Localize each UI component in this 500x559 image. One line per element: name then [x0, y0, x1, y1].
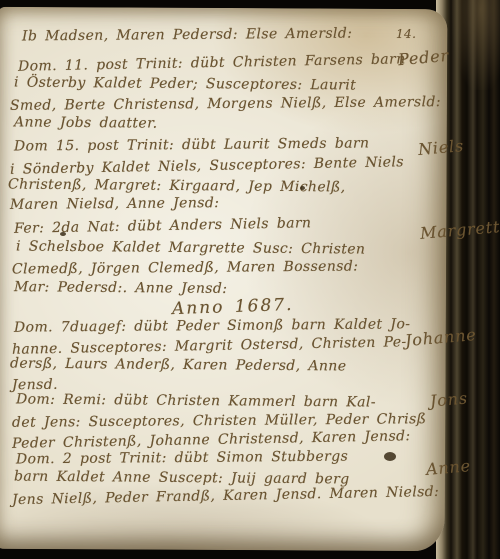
- manuscript-line: barn Kaldet Anne Suscept: Juij gaard ber…: [14, 469, 350, 488]
- manuscript-line: Dom 15. post Trinit: dübt Laurit Smeds b…: [14, 135, 370, 154]
- page-number: 14.: [396, 27, 416, 41]
- manuscript-line: hanne. Susceptores: Margrit Ostersd, Chr…: [12, 334, 407, 358]
- manuscript-line: i Österby Kaldet Peder; Susceptores: Lau…: [14, 75, 356, 94]
- margin-name: Niels: [417, 136, 464, 159]
- margin-name: Jons: [429, 388, 468, 410]
- margin-name: Peder: [397, 46, 449, 69]
- manuscript-line: Dom. 2 post Trinit: dübt Simon Stubbergs: [16, 449, 348, 468]
- margin-name: Margrette: [419, 216, 500, 243]
- ink-blot: [300, 186, 305, 190]
- manuscript-line: Christenß, Margret: Kirgaard, Jep Michel…: [8, 177, 346, 196]
- ink-blot: [384, 452, 396, 461]
- manuscript-photo: Ib Madsen, Maren Pedersd: Else Amersld: …: [0, 0, 500, 559]
- header-line: Ib Madsen, Maren Pedersd: Else Amersld:: [22, 26, 352, 45]
- margin-name: Johanne: [404, 325, 477, 350]
- manuscript-line: Anne Jobs daatter.: [14, 114, 158, 131]
- margin-name: Anne: [425, 456, 471, 479]
- manuscript-line: Clemedß, Jörgen Clemedß, Maren Bossensd:: [12, 258, 358, 277]
- ink-blot: [60, 232, 66, 236]
- manuscript-line: Dom. 11. post Trinit: dübt Christen Fars…: [18, 51, 406, 74]
- manuscript-line: Smed, Berte Christensd, Morgens Nielß, E…: [10, 94, 441, 114]
- manuscript-line: det Jens: Susceptores, Christen Müller, …: [12, 411, 427, 431]
- manuscript-line: Fer: 2da Nat: dübt Anders Niels barn: [14, 215, 312, 237]
- manuscript-line: Maren Nielsd, Anne Jensd:: [10, 195, 219, 213]
- manuscript-line: Dom. 7duagef: dübt Peder Simonß barn Kal…: [14, 316, 411, 335]
- manuscript-line: Peder Christenß, Johanne Christensd, Kar…: [12, 428, 411, 452]
- manuscript-line: i Schelsboe Kaldet Margrette Susc: Chris…: [16, 238, 366, 257]
- manuscript-line: dersß, Laurs Anderß, Karen Pedersd, Anne: [10, 356, 347, 375]
- manuscript-line: i Sönderby Kaldet Niels, Susceptores: Be…: [10, 154, 404, 178]
- manuscript-line: Mar: Pedersd:. Anne Jensd:: [14, 279, 228, 297]
- manuscript-line: Dom: Remi: dübt Christen Kammerl barn Ka…: [16, 391, 376, 410]
- year-heading: Anno 1687.: [172, 295, 294, 319]
- manuscript-line: Jens Nielß, Peder Frandß, Karen Jensd. M…: [12, 484, 439, 508]
- handwriting-layer: Ib Madsen, Maren Pedersd: Else Amersld: …: [0, 0, 500, 559]
